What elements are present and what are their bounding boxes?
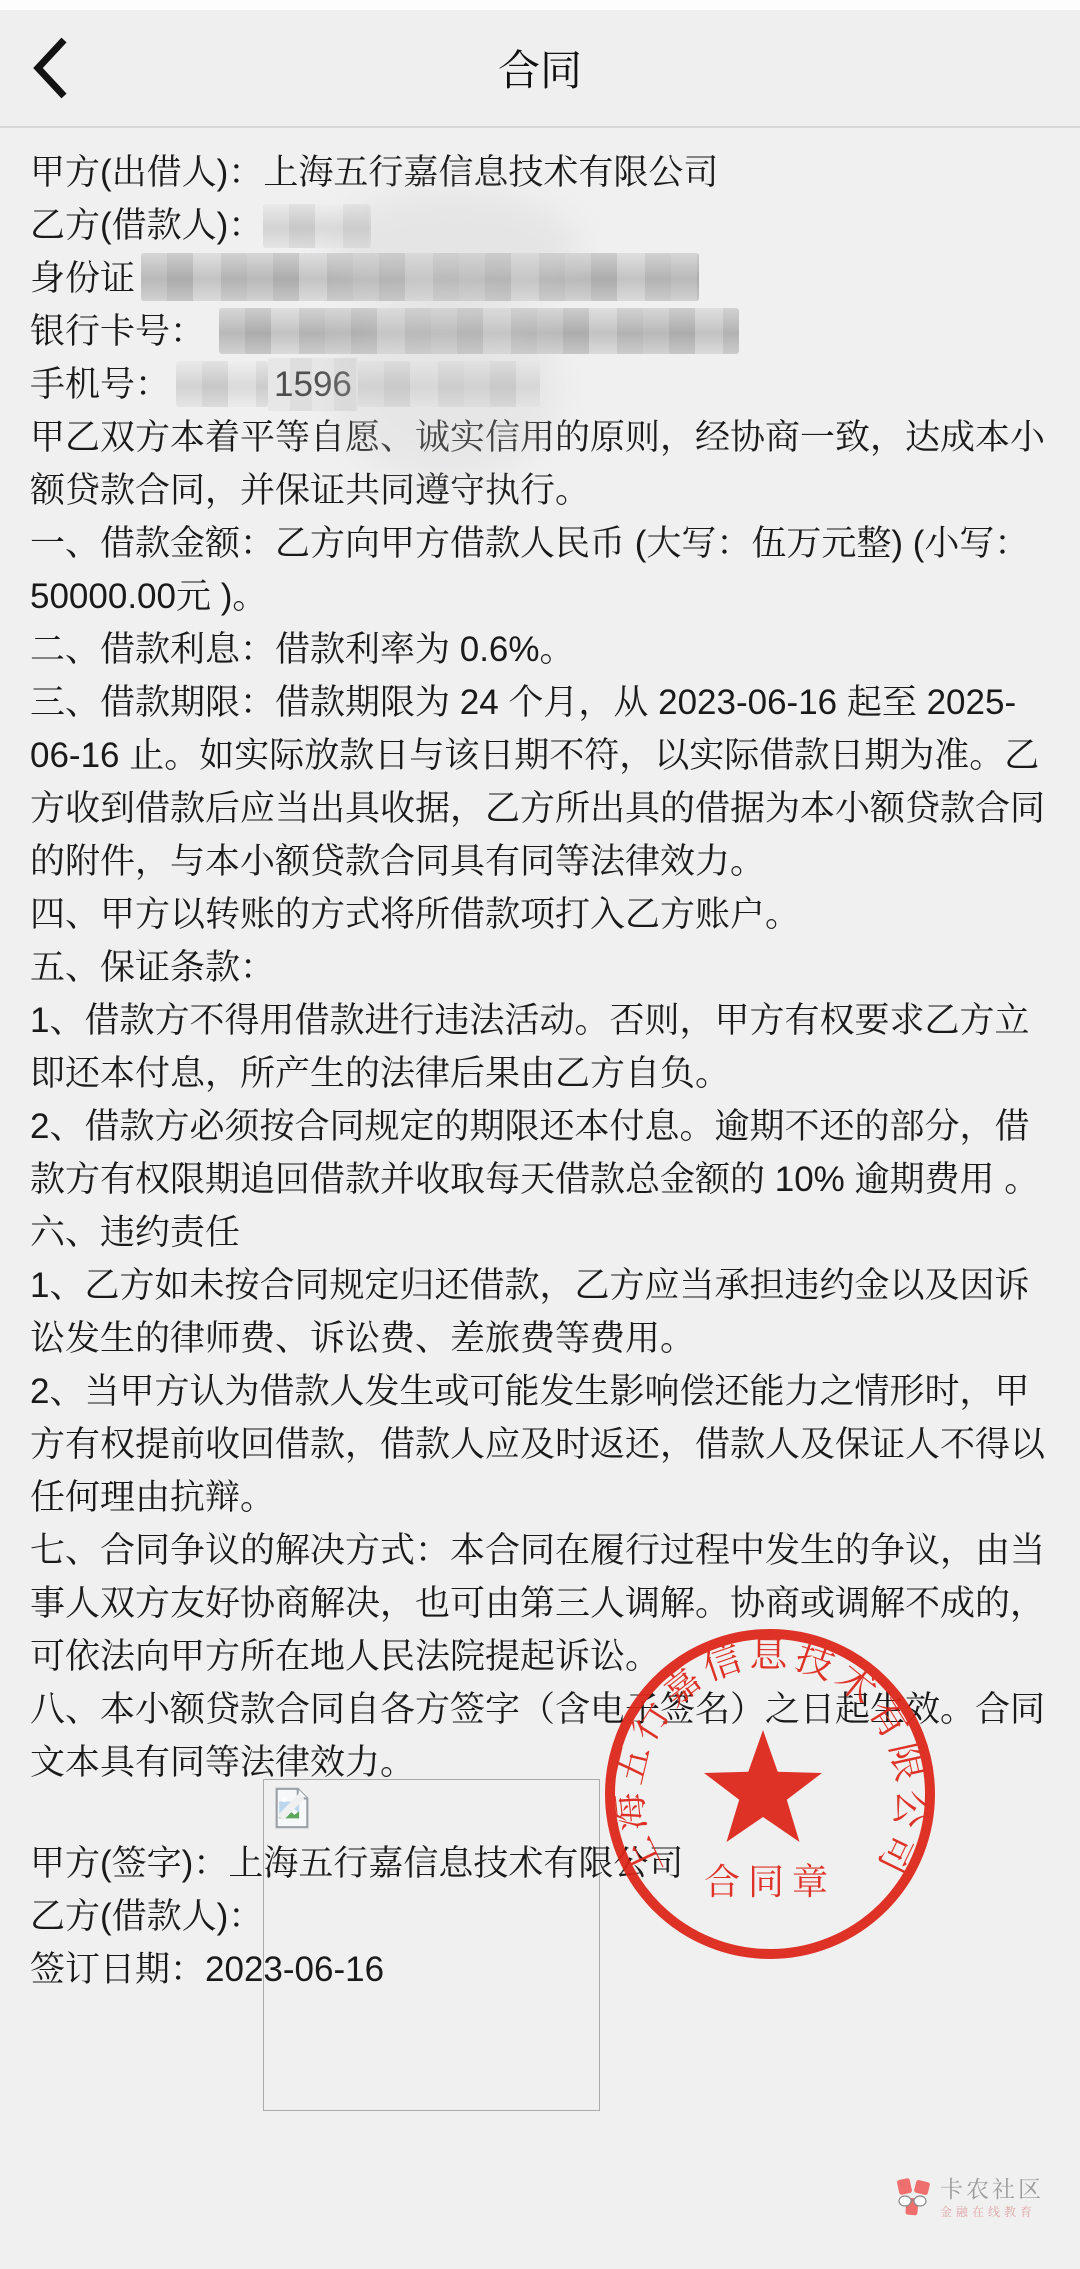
bank-row: 银行卡号： bbox=[30, 305, 1050, 358]
contract-body: 甲方(出借人)：上海五行嘉信息技术有限公司 乙方(借款人)： 身份证 银行卡号：… bbox=[0, 128, 1080, 2117]
contract-clause: 四、甲方以转账的方式将所借款项打入乙方账户。 bbox=[30, 888, 1050, 941]
watermark-subtitle: 金融在线教育 bbox=[940, 2204, 1044, 2220]
status-strip bbox=[0, 0, 1080, 10]
party-b-sign-label: 乙方(借款人)： bbox=[30, 1897, 263, 1936]
watermark-logo-icon bbox=[896, 2176, 932, 2218]
party-b-row: 乙方(借款人)： bbox=[30, 199, 1050, 252]
clause-list: 甲乙双方本着平等自愿、诚实信用的原则，经协商一致，达成本小额贷款合同，并保证共同… bbox=[30, 411, 1050, 1789]
party-a-value: 上海五行嘉信息技术有限公司 bbox=[263, 153, 718, 192]
redaction-block bbox=[219, 308, 739, 354]
phone-visible-digits: 1596 bbox=[268, 358, 358, 411]
party-a-sign-label: 甲方(签字)： bbox=[30, 1844, 228, 1883]
contract-clause: 三、借款期限：借款期限为 24 个月，从 2023-06-16 起至 2025-… bbox=[30, 676, 1050, 888]
party-b-label: 乙方(借款人)： bbox=[30, 206, 263, 245]
signing-date-line: 签订日期：2023-06-16 bbox=[30, 1943, 1050, 1996]
redaction-block bbox=[263, 204, 371, 248]
contract-clause: 八、本小额贷款合同自各方签字（含电子签名）之日起生效。合同文本具有同等法律效力。 bbox=[30, 1683, 1050, 1789]
contract-clause: 1、乙方如未按合同规定归还借款，乙方应当承担违约金以及因诉讼发生的律师费、诉讼费… bbox=[30, 1259, 1050, 1365]
contract-clause: 七、合同争议的解决方式：本合同在履行过程中发生的争议，由当事人双方友好协商解决，… bbox=[30, 1524, 1050, 1683]
contract-clause: 五、保证条款： bbox=[30, 941, 1050, 994]
id-label: 身份证 bbox=[30, 259, 135, 298]
page-title: 合同 bbox=[0, 10, 1080, 126]
redaction-block bbox=[358, 361, 540, 407]
date-value: 2023-06-16 bbox=[205, 1950, 384, 1989]
watermark-text: 卡农社区 金融在线教育 bbox=[940, 2176, 1044, 2220]
bank-label: 银行卡号： bbox=[30, 312, 205, 351]
header: 合同 bbox=[0, 10, 1080, 128]
signature-area: 甲方(签字)：上海五行嘉信息技术有限公司 乙方(借款人)： 签订日期：2023-… bbox=[30, 1837, 1050, 2117]
watermark-name: 卡农社区 bbox=[940, 2176, 1044, 2202]
broken-image-icon bbox=[269, 1785, 315, 1831]
party-a-row: 甲方(出借人)：上海五行嘉信息技术有限公司 bbox=[30, 146, 1050, 199]
contract-clause: 2、当甲方认为借款人发生或可能发生影响偿还能力之情形时，甲方有权提前收回借款，借… bbox=[30, 1365, 1050, 1524]
back-button[interactable] bbox=[26, 32, 76, 104]
contract-clause: 甲乙双方本着平等自愿、诚实信用的原则，经协商一致，达成本小额贷款合同，并保证共同… bbox=[30, 411, 1050, 517]
id-row: 身份证 bbox=[30, 252, 1050, 305]
chevron-left-icon bbox=[26, 32, 76, 104]
redaction-block bbox=[141, 253, 699, 301]
party-a-sign-value: 上海五行嘉信息技术有限公司 bbox=[228, 1844, 683, 1883]
contract-clause: 2、借款方必须按合同规定的期限还本付息。逾期不还的部分，借款方有权限期追回借款并… bbox=[30, 1100, 1050, 1206]
contract-clause: 1、借款方不得用借款进行违法活动。否则，甲方有权要求乙方立即还本付息，所产生的法… bbox=[30, 994, 1050, 1100]
redaction-block bbox=[176, 361, 268, 407]
contract-clause: 六、违约责任 bbox=[30, 1206, 1050, 1259]
party-a-signature-line: 甲方(签字)：上海五行嘉信息技术有限公司 bbox=[30, 1837, 1050, 1890]
party-b-signature-line: 乙方(借款人)： bbox=[30, 1890, 1050, 1943]
party-a-label: 甲方(出借人)： bbox=[30, 153, 263, 192]
phone-label: 手机号： bbox=[30, 365, 170, 404]
contract-page: 合同 甲方(出借人)：上海五行嘉信息技术有限公司 乙方(借款人)： 身份证 银行… bbox=[0, 0, 1080, 2269]
watermark: 卡农社区 金融在线教育 bbox=[896, 2176, 1056, 2226]
contract-clause: 二、借款利息：借款利率为 0.6%。 bbox=[30, 623, 1050, 676]
contract-clause: 一、借款金额：乙方向甲方借款人民币 (大写：伍万元整) (小写：50000.00… bbox=[30, 517, 1050, 623]
date-label: 签订日期： bbox=[30, 1950, 205, 1989]
phone-row: 手机号：1596 bbox=[30, 358, 1050, 411]
